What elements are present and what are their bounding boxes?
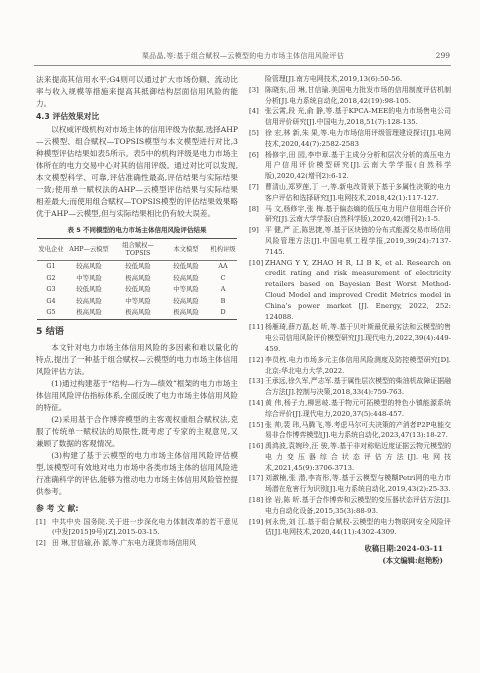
reference-number: [1] (36, 517, 52, 539)
reference-text: 何永贵,刘 江.基于组合赋权-云模型的电力物联网安全风险评估[J].电网技术,2… (265, 517, 451, 539)
reference-number: [2] (36, 538, 52, 549)
reference-text: ZHANG Y Y, ZHAO H R, LI B K, et al. Rese… (265, 258, 451, 323)
reference-item: [12] 李员枕.电力市场多元主体信用风险测度及防控模型研究[D].北京:华北电… (249, 355, 451, 377)
received-date: 收稿日期:2024-03-11 (249, 543, 451, 555)
header-rule (34, 65, 451, 66)
table-cell: 较低风险 (113, 284, 163, 296)
table-cell: 极高风险 (65, 307, 113, 319)
reference-item: [1] 中共中央 国务院.关于进一步深化电力体制改革的若干意见(中发[2015]… (36, 517, 238, 539)
table-5: 发电企业 AHP—云模型 组合赋权—TOPSIS 本文模型 机构评级 G1 较高… (37, 238, 237, 320)
two-column-body: 法来提高其信用水平;G4则可以通过扩大市场份额、流动比率与收入规模等措施来提高其… (36, 74, 451, 567)
reference-number: [5] (249, 128, 265, 150)
table-cell: 中等风险 (163, 284, 209, 296)
reference-text: 禹鸿波,袁婉玲,汪 骏,等.基于非对称贴近度证据云物元模型的电力变压器综合状态评… (265, 441, 451, 473)
reference-text: 王承远,徐久军,严志军.基于属性层次模型的柴油机故障证据融合方法[J].控制与决… (265, 376, 451, 398)
references-list-left: [1] 中共中央 国务院.关于进一步深化电力体制改革的若干意见(中发[2015]… (36, 517, 238, 549)
reference-text: 张云霄,段 光,俞 静,等.基于KPCA-MEE的电力市场售电公司信用评价研究[… (265, 106, 451, 128)
table-row: G1 较高风险 较低风险 较低风险 AA (37, 261, 237, 273)
reference-number: [7] (249, 182, 265, 204)
table-cell: 较高风险 (163, 296, 209, 308)
reference-number: [4] (249, 106, 265, 128)
reference-number: [13] (249, 376, 265, 398)
table-header-cell: 机构评级 (209, 246, 237, 254)
table-row: G4 较高风险 中等风险 较高风险 B (37, 296, 237, 308)
reference-text: 陈晓东,田 琳,甘信瑜.美国电力批发市场的信用制度评估机制分析[J].电力系统自… (265, 85, 451, 107)
table-row: G5 极高风险 极高风险 极高风险 D (37, 307, 237, 319)
body-paragraph: (2)采用基于合作博弈模型的主客观权重组合赋权法,克服了传统单一赋权法的局限性,… (36, 414, 238, 450)
table-cell: 中等风险 (65, 273, 113, 285)
table-cell: 较高风险 (163, 273, 209, 285)
body-paragraph: 本文针对电力市场主体信用风险的多因素和难以量化的特点,提出了一种基于组合赋权—云… (36, 342, 238, 378)
table-cell: 较低风险 (65, 284, 113, 296)
reference-text: 刘激楠,张 潜,李宵彤,等.基于云模型与模糊Petri网的电力市场潜在危害行为识… (265, 473, 451, 495)
section-heading-4-3: 4.3 评估效果对比 (36, 111, 238, 123)
reference-number: [17] (249, 473, 265, 495)
running-title: 栗品晶,等:基于组合赋权—云模型的电力市场主体信用风险评估 (142, 52, 344, 60)
table-header-cell: 发电企业 (37, 246, 65, 254)
reference-text: 徐 岩,陈 昕.基于合作博弈和云模型的变压器状态评估方法[J].电力自动化设备,… (265, 495, 451, 517)
editor-note: (本文编辑:赵艳粉) (249, 555, 451, 567)
reference-number: [3] (249, 85, 265, 107)
body-paragraph: 以权威评级机构对市场主体的信用评级为依据,选择AHP—云模型、组合赋权—TOPS… (36, 124, 238, 220)
table-cell: G4 (37, 296, 65, 308)
table-cell: 极高风险 (113, 307, 163, 319)
table-header-cell: AHP—云模型 (65, 246, 113, 254)
table-cell: 较低风险 (163, 261, 209, 273)
reference-text: 田 琳,甘信瑜,孙 源,等.广东电力现货市场信用风 (52, 538, 238, 549)
reference-item: [14] 黄 伟,杨子力,柳思岐.基于物元可拓模型的特色小镇能源系统综合评价[J… (249, 398, 451, 420)
references-heading: 参 考 文 献: (36, 503, 238, 515)
left-column: 法来提高其信用水平;G4则可以通过扩大市场份额、流动比率与收入规模等措施来提高其… (36, 74, 238, 567)
table-cell: 极高风险 (163, 307, 209, 319)
reference-item: [2] 田 琳,甘信瑜,孙 源,等.广东电力现货市场信用风 (36, 538, 238, 549)
reference-item: [18] 徐 岩,陈 昕.基于合作博弈和云模型的变压器状态评估方法[J].电力自… (249, 495, 451, 517)
reference-number: [9] (249, 225, 265, 257)
table-cell: 较高风险 (65, 261, 113, 273)
reference-number: [18] (249, 495, 265, 517)
table-cell: AA (209, 261, 237, 273)
table-cell: G1 (37, 261, 65, 273)
references-list-right: [3] 陈晓东,田 琳,甘信瑜.美国电力批发市场的信用制度评估机制分析[J].电… (249, 85, 451, 538)
reference-item: [16] 禹鸿波,袁婉玲,汪 骏,等.基于非对称贴近度证据云物元模型的电力变压器… (249, 441, 451, 473)
body-paragraph: (3)构建了基于云模型的电力市场主体信用风险评估模型,该模型可有效地对电力市场中… (36, 450, 238, 498)
reference-number: [15] (249, 420, 265, 442)
reference-number: [12] (249, 355, 265, 377)
table-row: G2 中等风险 极高风险 较高风险 C (37, 273, 237, 285)
reference-item: [9] 平 健,严 正,陈思捷,等.基于区块链的分布式能源交易市场信用风险管理方… (249, 225, 451, 257)
reference-number: [8] (249, 204, 265, 226)
reference-number: [10] (249, 258, 265, 323)
reference-item: [13] 王承远,徐久军,严志军.基于属性层次模型的柴油机故障证据融合方法[J]… (249, 376, 451, 398)
reference-item: [7] 曹清山,郑罗莲,丁 一,等.新电改背景下基于多属性决策的电力客户评估和选… (249, 182, 451, 204)
reference-number: [16] (249, 441, 265, 473)
right-column: 险管理[J].南方电网技术,2019,13(6):50-56. [3] 陈晓东,… (249, 74, 451, 567)
reference-item: [6] 杨修宇,田 园,李申章.基于主成分分析和层次分析的高压电力用户信用评价模… (249, 150, 451, 182)
table-cell: G3 (37, 284, 65, 296)
reference-text: 杨修宇,田 园,李申章.基于主成分分析和层次分析的高压电力用户信用评价模型研究[… (265, 150, 451, 182)
reference-item: [17] 刘激楠,张 潜,李宵彤,等.基于云模型与模糊Petri网的电力市场潜在… (249, 473, 451, 495)
page-number: 299 (436, 51, 450, 60)
page-header: 栗品晶,等:基于组合赋权—云模型的电力市场主体信用风险评估 299 (36, 51, 450, 61)
reference-text: 中共中央 国务院.关于进一步深化电力体制改革的若干意见(中发[2015]9号)[… (52, 517, 238, 539)
table-cell: G2 (37, 273, 65, 285)
reference-text: 马 文,杨修宇,张 梅.基于偏态熵的低压电力用户信用组合评价研究[J].云南大学… (265, 204, 451, 226)
paper-page: 栗品晶,等:基于组合赋权—云模型的电力市场主体信用风险评估 299 法来提高其信… (0, 0, 480, 673)
reference-item: [8] 马 文,杨修宇,张 梅.基于偏态熵的低压电力用户信用组合评价研究[J].… (249, 204, 451, 226)
reference-text: 平 健,严 正,陈思捷,等.基于区块链的分布式能源交易市场信用风险管理方法[J]… (265, 225, 451, 257)
reference-item: [11] 杨雁琦,薛万磊,赵 昕,等.基于贝叶斯最优最劣法和云模型的售电公司信用… (249, 322, 451, 354)
reference-item: [19] 何永贵,刘 江.基于组合赋权-云模型的电力物联网安全风险评估[J].电… (249, 517, 451, 539)
reference-text: 曹清山,郑罗莲,丁 一,等.新电改背景下基于多属性决策的电力客户评估和选择研究[… (265, 182, 451, 204)
table-body: G1 较高风险 较低风险 较低风险 AA G2 中等风险 极高风险 较高风险 C… (37, 261, 237, 319)
reference-number: [6] (249, 150, 265, 182)
table-cell: B (209, 296, 237, 308)
section-heading-5: 5 结语 (36, 326, 238, 338)
table-header-row: 发电企业 AHP—云模型 组合赋权—TOPSIS 本文模型 机构评级 (37, 238, 237, 261)
table-cell: 较低风险 (113, 261, 163, 273)
reference-item: [10] ZHANG Y Y, ZHAO H R, LI B K, et al.… (249, 258, 451, 323)
reference-number: [14] (249, 398, 265, 420)
table-cell: C (209, 273, 237, 285)
reference-number: [19] (249, 517, 265, 539)
reference-item: [3] 陈晓东,田 琳,甘信瑜.美国电力批发市场的信用制度评估机制分析[J].电… (249, 85, 451, 107)
table-cell: 较高风险 (65, 296, 113, 308)
table-cell: A (209, 284, 237, 296)
reference-text: 黄 伟,杨子力,柳思岐.基于物元可拓模型的特色小镇能源系统综合评价[J].现代电… (265, 398, 451, 420)
table-cell: D (209, 307, 237, 319)
table-5-caption: 表 5 不同模型的电力市场主体信用风险评估结果 (36, 226, 238, 235)
table-row: G3 较低风险 较低风险 中等风险 A (37, 284, 237, 296)
reference-number: [11] (249, 322, 265, 354)
table-cell: 极高风险 (113, 273, 163, 285)
reference-continuation: 险管理[J].南方电网技术,2019,13(6):50-56. (265, 74, 451, 85)
reference-item: [4] 张云霄,段 光,俞 静,等.基于KPCA-MEE的电力市场售电公司信用评… (249, 106, 451, 128)
body-paragraph: (1)通过构建基于“结构—行为—绩效”框架的电力市场主体信用风险评估指标体系,全… (36, 378, 238, 414)
table-header-cell: 本文模型 (163, 246, 209, 254)
reference-item: [15] 张 帅,裴 玮,马腾飞,等.考虑马尔可夫决策的产消者P2P电能交易非合… (249, 420, 451, 442)
reference-text: 徐 宏,林 新,朱 果,等.电力市场信用评级管理建设探讨[J].电网技术,202… (265, 128, 451, 150)
reference-text: 李员枕.电力市场多元主体信用风险测度及防控模型研究[D].北京:华北电力大学,2… (265, 355, 451, 377)
body-paragraph: 法来提高其信用水平;G4则可以通过扩大市场份额、流动比率与收入规模等措施来提高其… (36, 74, 238, 110)
table-cell: 中等风险 (113, 296, 163, 308)
reference-text: 张 帅,裴 玮,马腾飞,等.考虑马尔可夫决策的产消者P2P电能交易非合作博弈模型… (265, 420, 451, 442)
reference-item: [5] 徐 宏,林 新,朱 果,等.电力市场信用评级管理建设探讨[J].电网技术… (249, 128, 451, 150)
table-cell: G5 (37, 307, 65, 319)
reference-text: 杨雁琦,薛万磊,赵 昕,等.基于贝叶斯最优最劣法和云模型的售电公司信用风险评价模… (265, 322, 451, 354)
table-header-cell: 组合赋权—TOPSIS (113, 242, 163, 258)
